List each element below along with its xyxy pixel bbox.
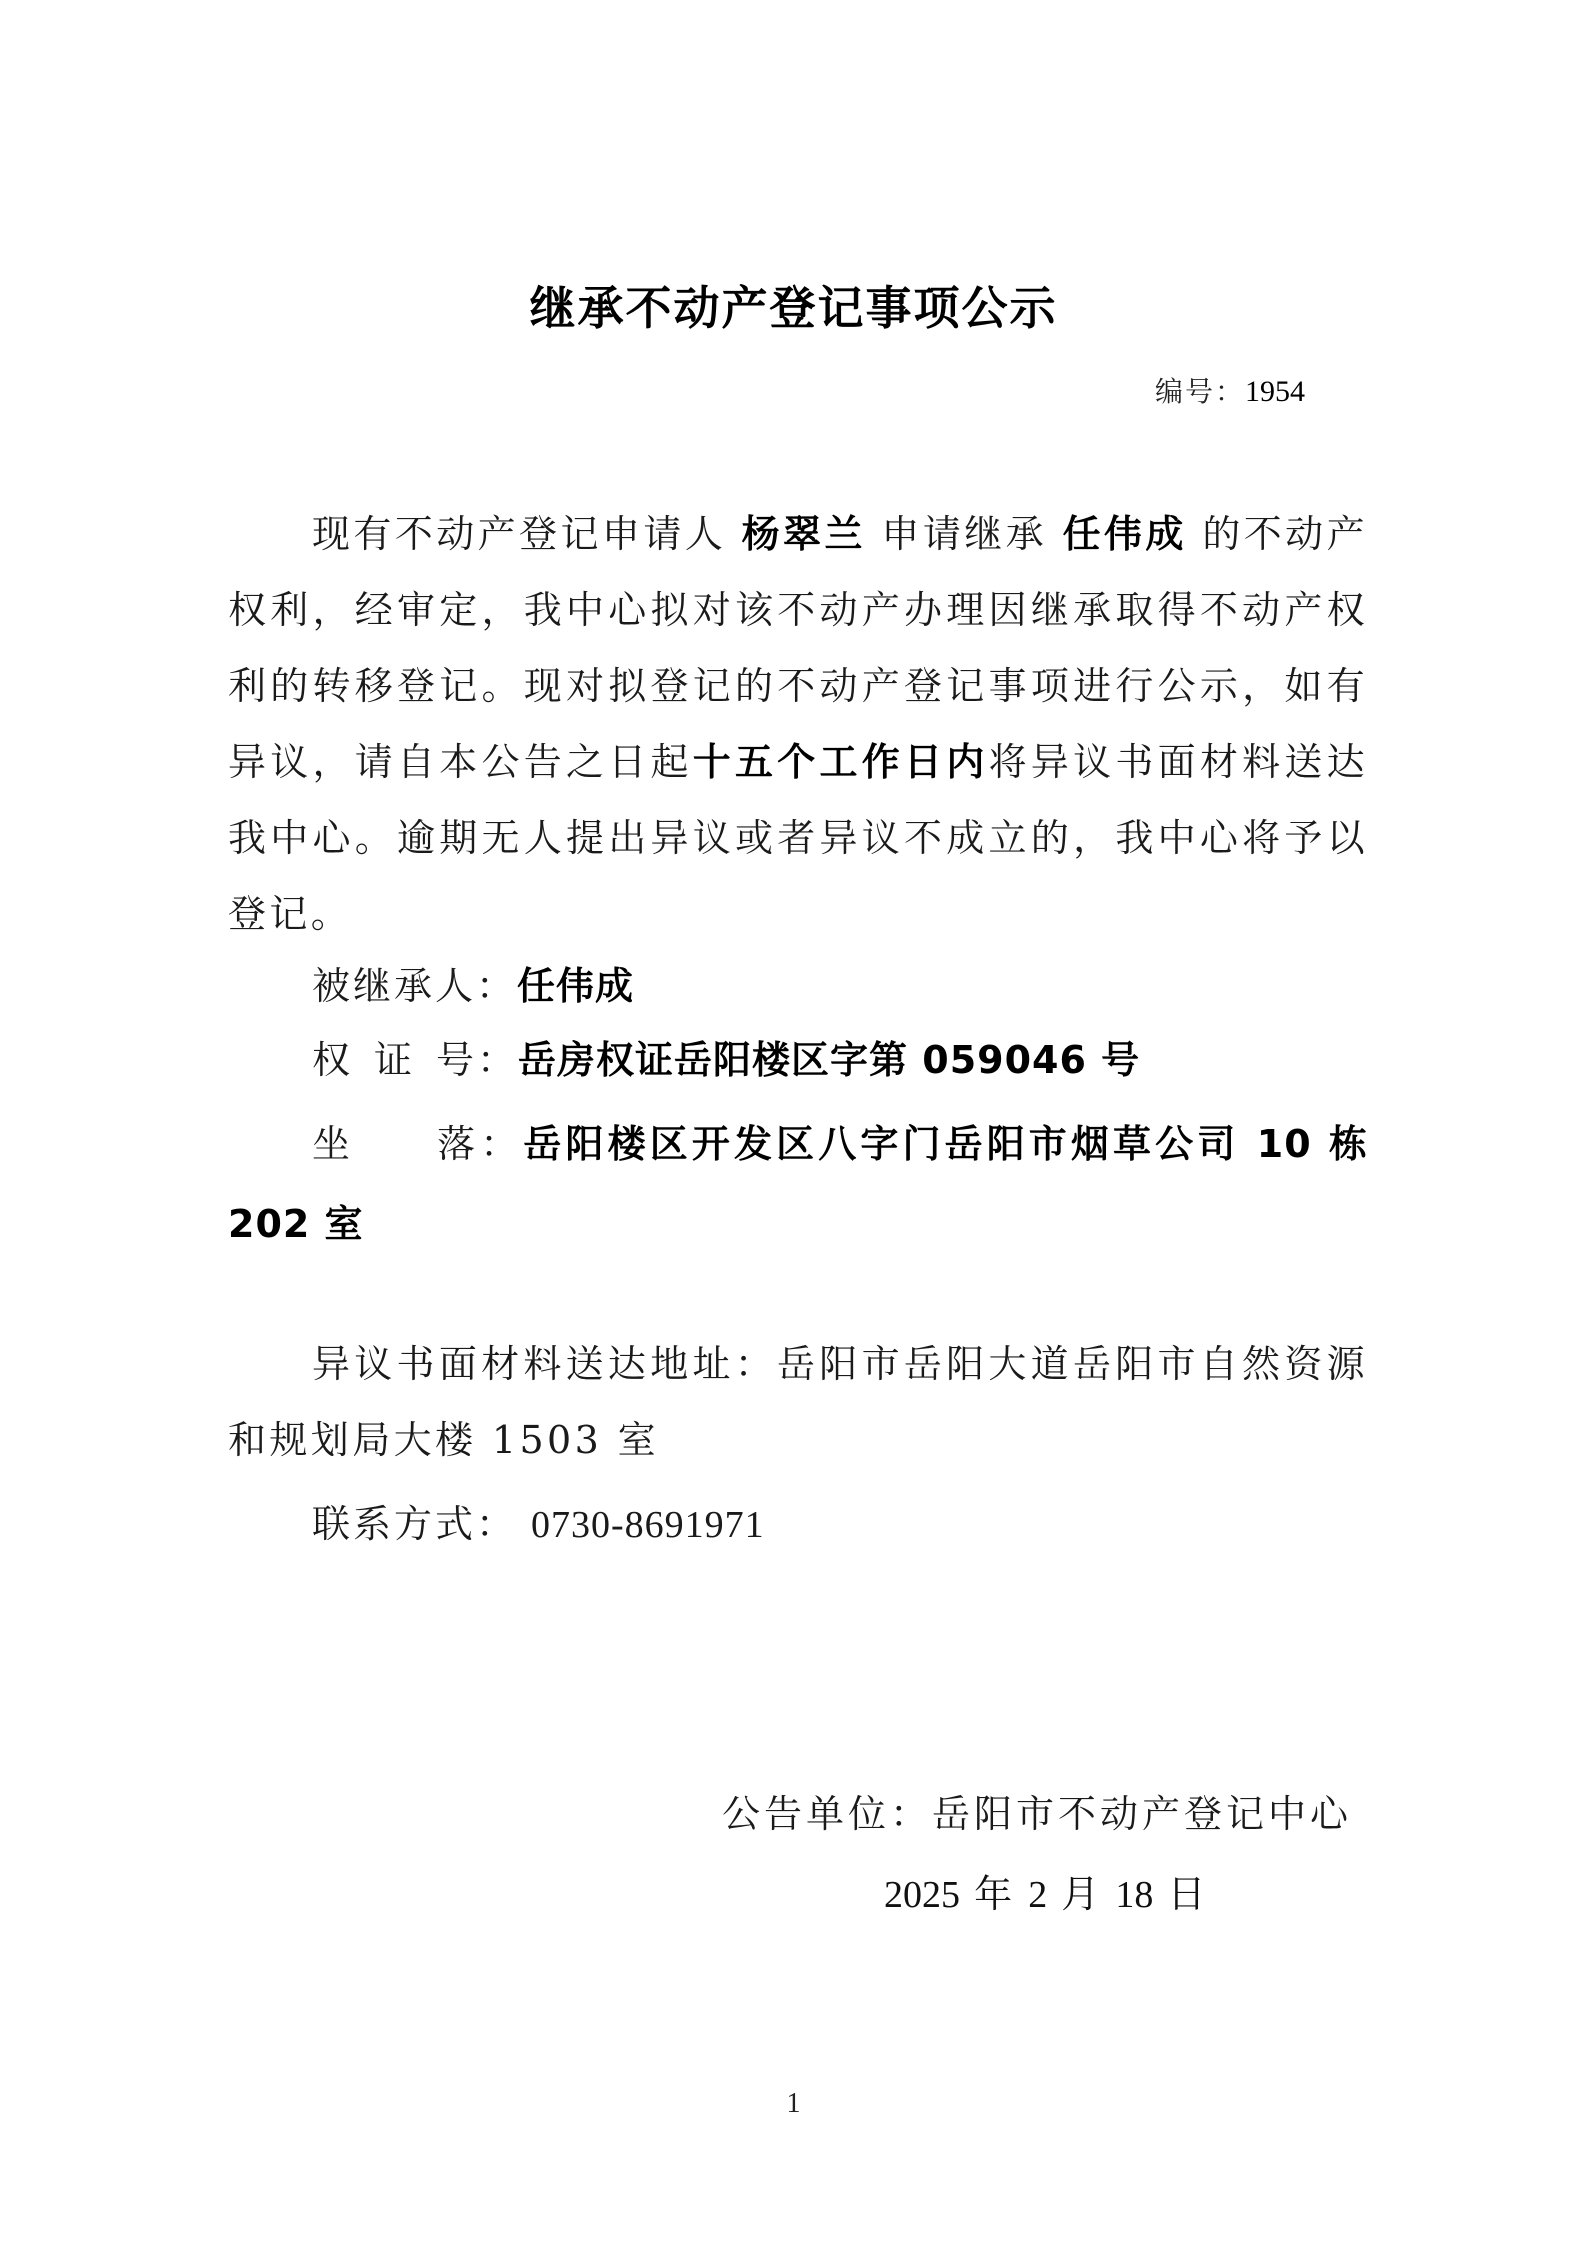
cert-label-a: 权证 [312,1038,436,1082]
issuer-label: 公告单位： [722,1792,932,1836]
intro-text-2: 申请继承 [881,512,1047,556]
address-label: 异议书面材料送达地址： [312,1342,777,1386]
document-page: 继承不动产登记事项公示 编号：1954 现有不动产登记申请人 杨翠兰 申请继承 … [0,0,1587,2245]
page-number: 1 [0,2088,1587,2120]
heir-label: 被继承人： [312,964,517,1008]
contact-phone: 0730-8691971 [531,1504,765,1546]
serial-value: 1954 [1245,375,1305,408]
heir-field: 被继承人：任伟成 [312,948,634,1024]
date-month: 2 [1028,1874,1047,1916]
intro-text-1: 现有不动产登记申请人 [312,512,726,556]
serial-label: 编号： [1155,375,1245,408]
document-title: 继承不动产登记事项公示 [0,272,1587,338]
applicant-name: 杨翠兰 [742,512,866,556]
issuing-unit: 公告单位：岳阳市不动产登记中心 [722,1784,1352,1844]
issue-date: 2025 年 2 月 18 日 [884,1864,1208,1925]
serial-number: 编号：1954 [1155,370,1305,410]
location-field: 坐落：岳阳楼区开发区八字门岳阳市烟草公司 10 栋 202 室 [228,1104,1368,1264]
contact-info: 联系方式：0730-8691971 [312,1486,765,1563]
certificate-field: 权证号：岳房权证岳阳楼区字第 059046 号 [312,1022,1140,1098]
location-label-b: 落： [437,1122,523,1166]
date-day: 18 [1115,1874,1153,1916]
decedent-name: 任伟成 [1063,512,1187,556]
contact-label: 联系方式： [312,1502,517,1546]
objection-address: 异议书面材料送达地址：岳阳市岳阳大道岳阳市自然资源和规划局大楼 1503 室 [228,1326,1368,1478]
date-year-unit: 年 [974,1872,1014,1916]
date-day-unit: 日 [1168,1872,1208,1916]
heir-value: 任伟成 [517,964,634,1008]
issuer-value: 岳阳市不动产登记中心 [932,1792,1352,1836]
date-month-unit: 月 [1061,1872,1101,1916]
deadline-text: 十五个工作日内 [693,740,989,784]
date-year: 2025 [884,1874,960,1916]
cert-label-b: 号： [436,1038,518,1082]
location-label-a: 坐 [312,1122,437,1166]
announcement-paragraph: 现有不动产登记申请人 杨翠兰 申请继承 任伟成 的不动产权利，经审定，我中心拟对… [228,496,1368,952]
cert-value: 岳房权证岳阳楼区字第 059046 号 [518,1038,1140,1082]
